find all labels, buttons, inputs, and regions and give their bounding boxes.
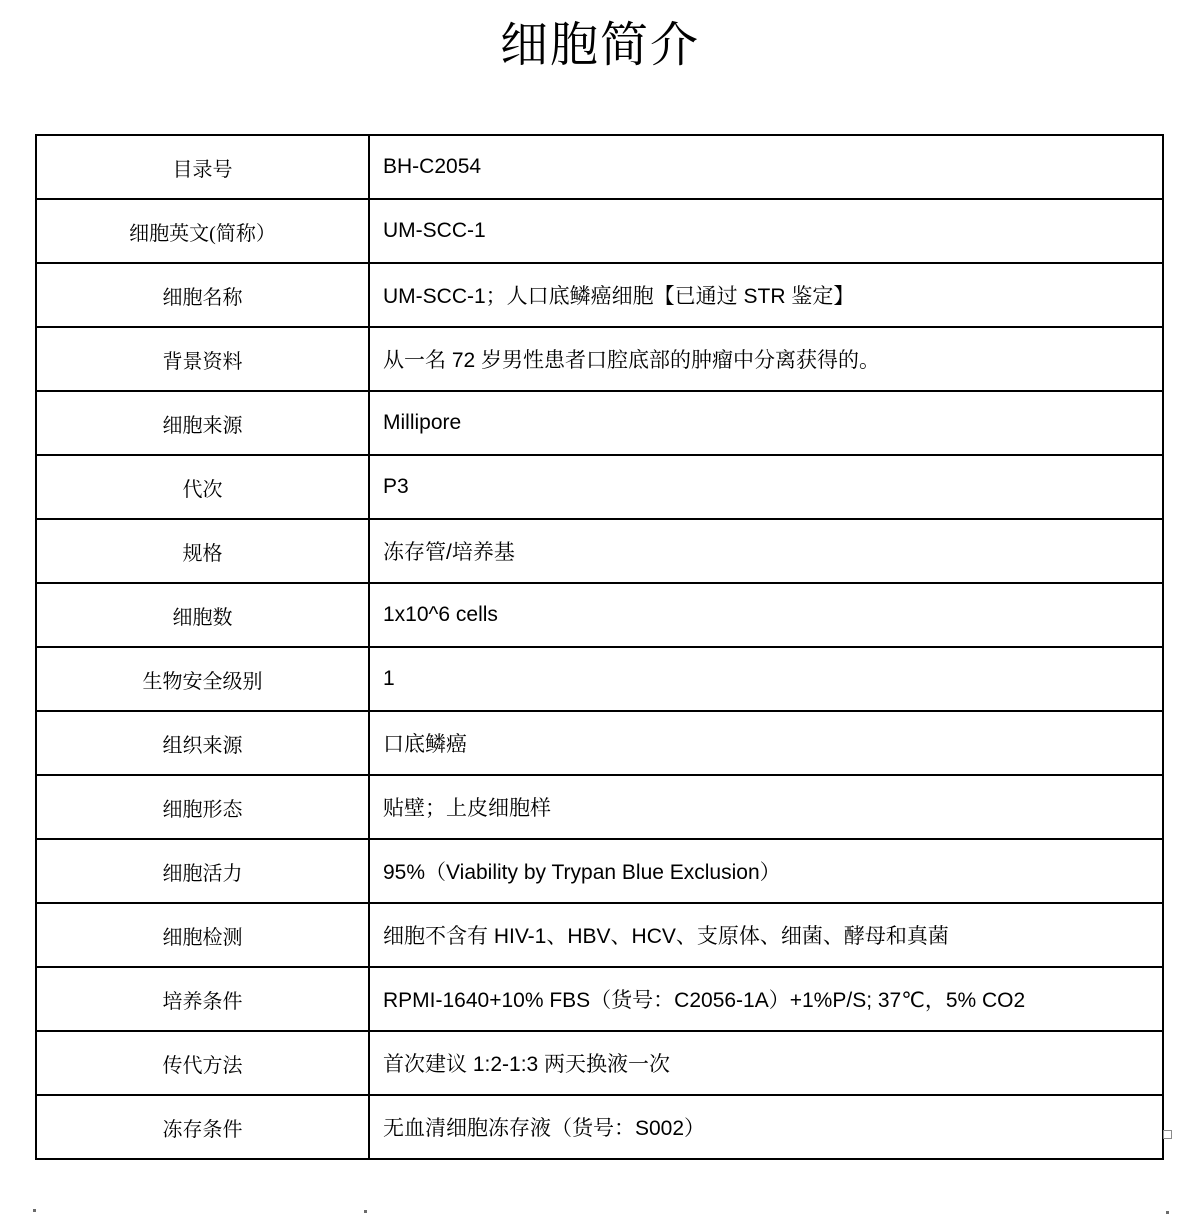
- row-label: 背景资料: [36, 327, 369, 391]
- page-artifact-dot: [364, 1210, 367, 1213]
- table-row: 目录号 BH-C2054: [36, 135, 1163, 199]
- page-artifact-dot: [1166, 1211, 1169, 1214]
- page-title: 细胞简介: [0, 14, 1200, 78]
- table-row: 组织来源 口底鳞癌: [36, 711, 1163, 775]
- table-row: 规格 冻存管/培养基: [36, 519, 1163, 583]
- row-value: BH-C2054: [369, 135, 1163, 199]
- row-label: 规格: [36, 519, 369, 583]
- table-row: 细胞名称 UM-SCC-1；人口底鳞癌细胞【已通过 STR 鉴定】: [36, 263, 1163, 327]
- table-row: 生物安全级别 1: [36, 647, 1163, 711]
- row-value: UM-SCC-1: [369, 199, 1163, 263]
- table-resize-handle-icon[interactable]: [1163, 1130, 1172, 1139]
- row-label: 目录号: [36, 135, 369, 199]
- table-row: 细胞形态 贴壁；上皮细胞样: [36, 775, 1163, 839]
- table-row: 培养条件 RPMI-1640+10% FBS（货号：C2056-1A）+1%P/…: [36, 967, 1163, 1031]
- cell-info-table: 目录号 BH-C2054 细胞英文(简称） UM-SCC-1 细胞名称 UM-S…: [35, 134, 1164, 1160]
- row-value: 冻存管/培养基: [369, 519, 1163, 583]
- row-label: 代次: [36, 455, 369, 519]
- row-value: UM-SCC-1；人口底鳞癌细胞【已通过 STR 鉴定】: [369, 263, 1163, 327]
- table-row: 细胞英文(简称） UM-SCC-1: [36, 199, 1163, 263]
- table-row: 细胞检测 细胞不含有 HIV-1、HBV、HCV、支原体、细菌、酵母和真菌: [36, 903, 1163, 967]
- row-value: P3: [369, 455, 1163, 519]
- document-page: 细胞简介 目录号 BH-C2054 细胞英文(简称） UM-SCC-1 细胞名称…: [0, 0, 1200, 1218]
- row-value: 首次建议 1:2-1:3 两天换液一次: [369, 1031, 1163, 1095]
- row-label: 细胞来源: [36, 391, 369, 455]
- row-value: 1x10^6 cells: [369, 583, 1163, 647]
- row-label: 冻存条件: [36, 1095, 369, 1159]
- row-value: 95%（Viability by Trypan Blue Exclusion）: [369, 839, 1163, 903]
- row-label: 细胞名称: [36, 263, 369, 327]
- row-label: 细胞形态: [36, 775, 369, 839]
- row-value: 1: [369, 647, 1163, 711]
- table-row: 细胞活力 95%（Viability by Trypan Blue Exclus…: [36, 839, 1163, 903]
- row-value: 贴壁；上皮细胞样: [369, 775, 1163, 839]
- table-row: 细胞数 1x10^6 cells: [36, 583, 1163, 647]
- page-artifact-dot: [33, 1209, 36, 1212]
- row-label: 细胞检测: [36, 903, 369, 967]
- row-value: 口底鳞癌: [369, 711, 1163, 775]
- row-label: 组织来源: [36, 711, 369, 775]
- row-value: 从一名 72 岁男性患者口腔底部的肿瘤中分离获得的。: [369, 327, 1163, 391]
- row-label: 细胞英文(简称）: [36, 199, 369, 263]
- table-row: 代次 P3: [36, 455, 1163, 519]
- table-row: 冻存条件 无血清细胞冻存液（货号：S002）: [36, 1095, 1163, 1159]
- table-row: 细胞来源 Millipore: [36, 391, 1163, 455]
- row-label: 培养条件: [36, 967, 369, 1031]
- row-label: 细胞数: [36, 583, 369, 647]
- row-label: 生物安全级别: [36, 647, 369, 711]
- row-label: 传代方法: [36, 1031, 369, 1095]
- table-row: 传代方法 首次建议 1:2-1:3 两天换液一次: [36, 1031, 1163, 1095]
- row-value: 细胞不含有 HIV-1、HBV、HCV、支原体、细菌、酵母和真菌: [369, 903, 1163, 967]
- row-value: Millipore: [369, 391, 1163, 455]
- table-row: 背景资料 从一名 72 岁男性患者口腔底部的肿瘤中分离获得的。: [36, 327, 1163, 391]
- row-value: RPMI-1640+10% FBS（货号：C2056-1A）+1%P/S; 37…: [369, 967, 1163, 1031]
- row-label: 细胞活力: [36, 839, 369, 903]
- row-value: 无血清细胞冻存液（货号：S002）: [369, 1095, 1163, 1159]
